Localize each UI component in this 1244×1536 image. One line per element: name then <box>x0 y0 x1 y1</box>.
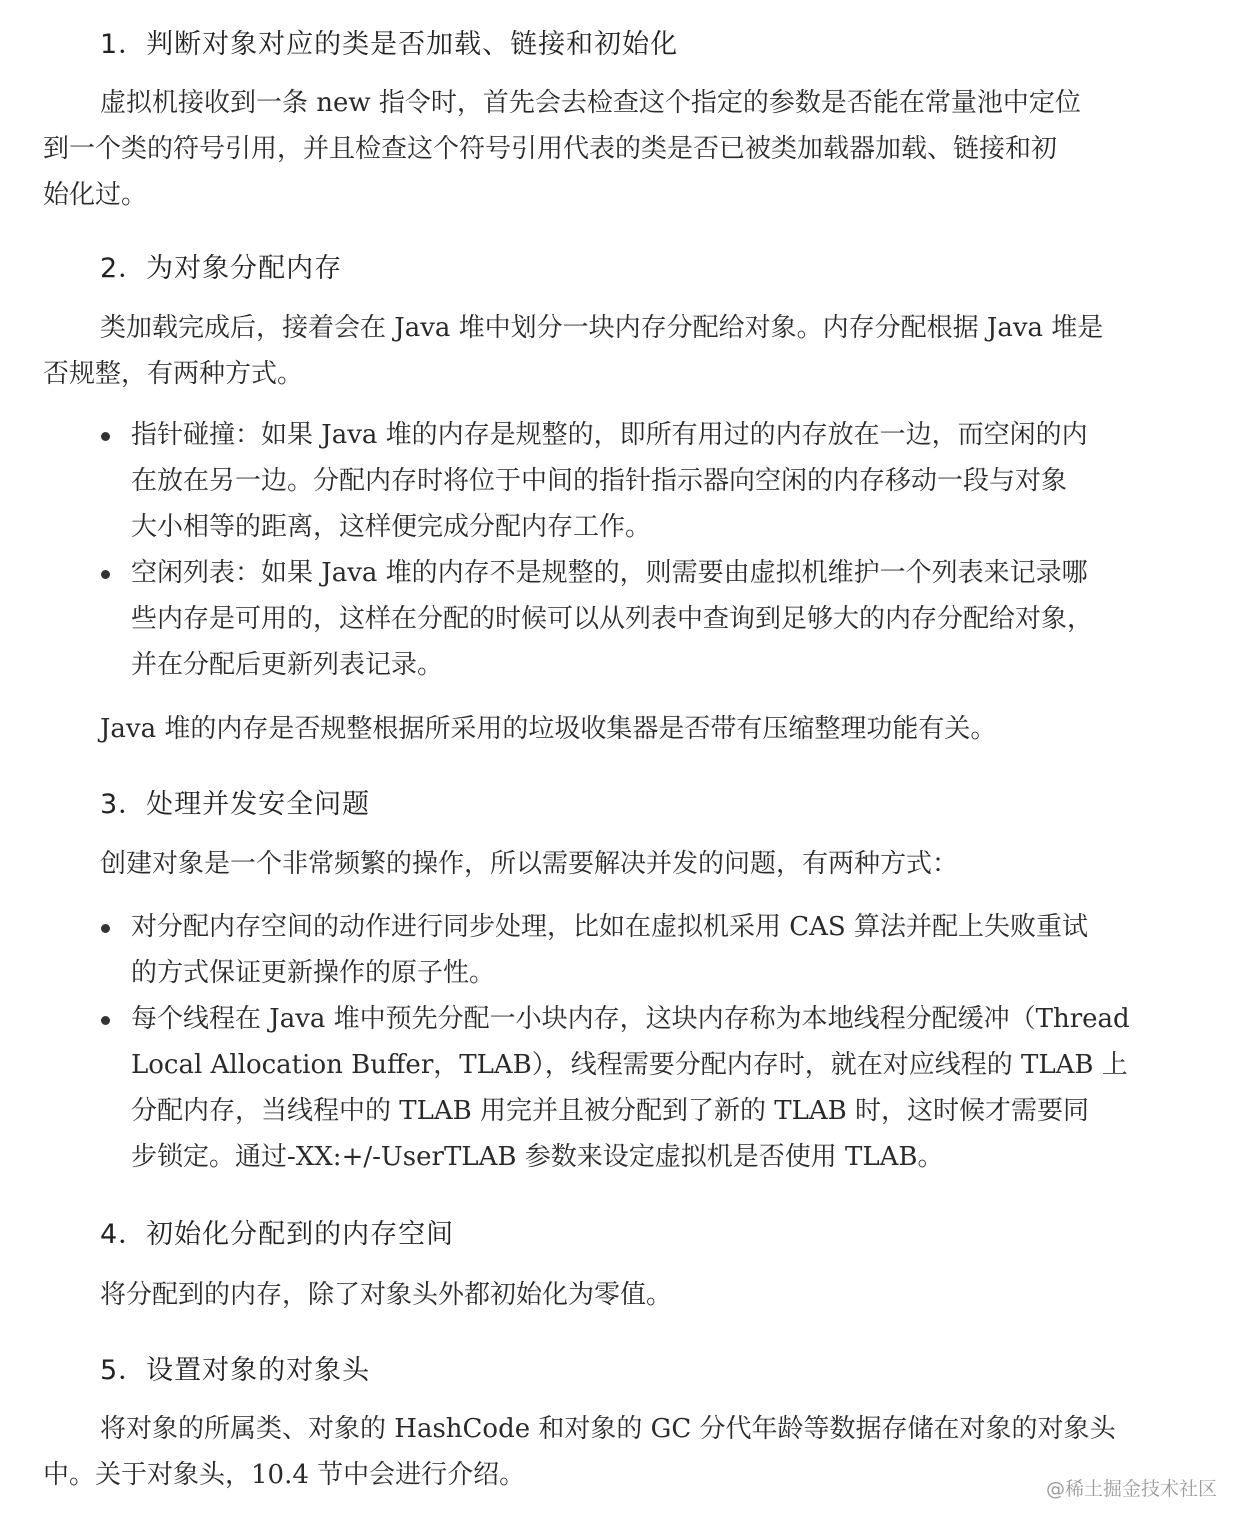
section-2-paragraph: 类加载完成后，接着会在 Java 堆中划分一块内存分配给对象。内存分配根据 Ja… <box>43 305 1103 397</box>
section-2-heading: 2．为对象分配内存 <box>100 246 342 285</box>
bullet-free-list: 空闲列表：如果 Java 堆的内存不是规整的，则需要由虚拟机维护一个列表来记录哪… <box>131 550 1093 688</box>
bullet-pointer-bump: 指针碰撞：如果 Java 堆的内存是规整的，即所有用过的内存放在一边，而空闲的内… <box>131 412 1088 550</box>
section-3-heading: 3．处理并发安全问题 <box>100 782 370 821</box>
bullet-dot <box>101 570 110 579</box>
watermark: @稀土掘金技术社区 <box>1046 1474 1217 1501</box>
bullet-dot <box>101 924 110 933</box>
bullet-tlab: 每个线程在 Java 堆中预先分配一小块内存，这块内存称为本地线程分配缓冲（Th… <box>131 996 1130 1180</box>
section-5-paragraph: 将对象的所属类、对象的 HashCode 和对象的 GC 分代年龄等数据存储在对… <box>43 1406 1116 1498</box>
section-4-paragraph: 将分配到的内存，除了对象头外都初始化为零值。 <box>100 1272 672 1318</box>
section-5-heading: 5．设置对象的对象头 <box>100 1348 370 1387</box>
document-page: 1．判断对象对应的类是否加载、链接和初始化 虚拟机接收到一条 new 指令时，首… <box>0 0 1244 1536</box>
section-4-heading: 4．初始化分配到的内存空间 <box>100 1212 454 1251</box>
bullet-cas-sync: 对分配内存空间的动作进行同步处理，比如在虚拟机采用 CAS 算法并配上失败重试 … <box>131 904 1088 996</box>
section-1-paragraph: 虚拟机接收到一条 new 指令时，首先会去检查这个指定的参数是否能在常量池中定位… <box>43 80 1081 218</box>
bullet-dot <box>101 1016 110 1025</box>
bullet-dot <box>101 432 110 441</box>
section-2-note: Java 堆的内存是否规整根据所采用的垃圾收集器是否带有压缩整理功能有关。 <box>100 706 996 752</box>
section-3-paragraph: 创建对象是一个非常频繁的操作，所以需要解决并发的问题，有两种方式： <box>100 841 958 887</box>
section-1-heading: 1．判断对象对应的类是否加载、链接和初始化 <box>100 22 678 61</box>
